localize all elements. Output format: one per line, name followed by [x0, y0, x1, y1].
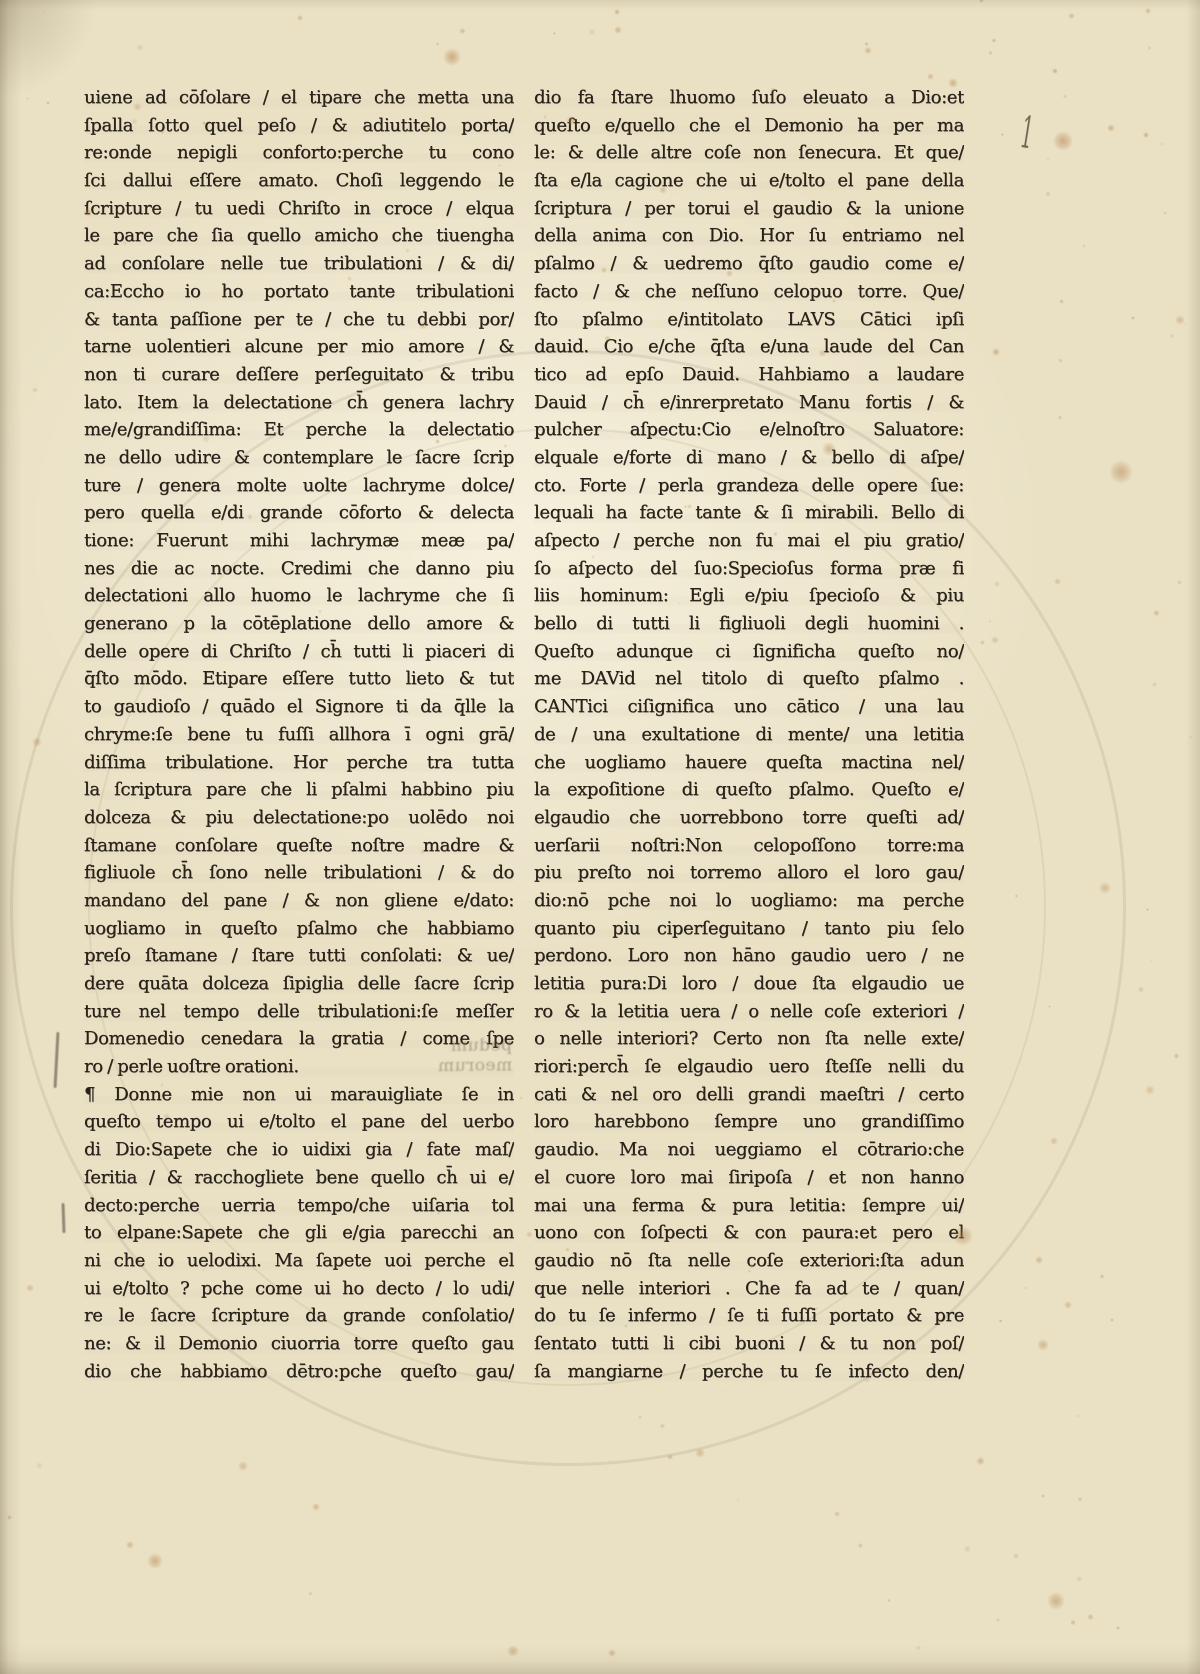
foxing-spot [126, 1541, 134, 1549]
foxing-spot [999, 1319, 1003, 1323]
foxing-spot [1050, 1137, 1058, 1145]
text-line: el cuore loro mai ſiripoſa / et non hann… [534, 1164, 964, 1192]
text-line: de / una exultatione di mente/ una letit… [534, 721, 964, 749]
foxing-spot [660, 1423, 665, 1428]
foxing-spot [1076, 1576, 1082, 1582]
text-line: non ti curare deſſere perſeguitato & tri… [84, 361, 514, 389]
text-line: me DAVid nel titolo di queſto pſalmo . [534, 665, 964, 693]
foxing-spot [1110, 1318, 1114, 1322]
text-line: queſto tempo ui e/tolto el pane del uerb… [84, 1108, 514, 1136]
foxing-spot [1047, 1592, 1065, 1610]
book-page: uiene ad cōſolare / el tipare che metta … [0, 0, 1200, 1674]
text-line: ture / genera molte uolte lachryme dolce… [84, 472, 514, 500]
text-line: generano p la cōtēplatione dello amore & [84, 610, 514, 638]
text-line: pero quella e/di grande cōforto & delect… [84, 499, 514, 527]
foxing-spot [695, 1448, 705, 1458]
text-line: tico ad epſo Dauid. Hahbiamo a laudare [534, 361, 964, 389]
foxing-spot [26, 1284, 34, 1292]
foxing-spot [1077, 1415, 1080, 1418]
foxing-spot [1041, 1494, 1045, 1498]
foxing-spot [1048, 1005, 1051, 1008]
foxing-spot [1045, 191, 1052, 198]
text-line: ſto pſalmo e/intitolato LAVS Cātici ipſi [534, 306, 964, 334]
foxing-spot [1147, 46, 1152, 51]
foxing-spot [312, 1503, 320, 1511]
text-column-right: dio fa ſtare lhuomo ſuſo eleuato a Dio:e… [534, 84, 964, 1385]
foxing-spot [614, 26, 622, 34]
text-line: uogliamo in queſto pſalmo che habbiamo [84, 915, 514, 943]
foxing-spot [834, 1511, 840, 1517]
text-line: ne: & il Demonio ciuorria torre queſto g… [84, 1330, 514, 1358]
foxing-spot [507, 1645, 519, 1657]
text-line: piu preſto noi torremo alloro el loro ga… [534, 859, 964, 887]
foxing-spot [1177, 580, 1182, 585]
foxing-spot [988, 51, 992, 55]
foxing-spot [32, 737, 42, 747]
foxing-spot [459, 28, 465, 34]
foxing-spot [887, 1599, 890, 1602]
text-line: ſta e/la cagione che ui e/tolto el pane … [534, 167, 964, 195]
foxing-spot [1109, 460, 1133, 484]
foxing-spot [147, 1553, 163, 1569]
foxing-spot [443, 48, 461, 66]
foxing-spot [614, 9, 620, 15]
foxing-spot [1070, 1620, 1075, 1625]
text-line: diſſima tribulatione. Hor perche tra tut… [84, 749, 514, 777]
foxing-spot [1175, 315, 1185, 325]
text-line: ¶ Donne mie non ui marauigliate ſe in [84, 1081, 514, 1109]
foxing-spot [43, 10, 46, 13]
text-line: to gaudioſo / quādo el Signore ti da q̄l… [84, 693, 514, 721]
text-line: ſcripture / tu uedi Chriſto in croce / e… [84, 195, 514, 223]
handwritten-numeral: 1 [1017, 107, 1037, 159]
text-line: quanto piu ciperſeguitano / tanto piu ſe… [534, 915, 964, 943]
text-line: dio fa ſtare lhuomo ſuſo eleuato a Dio:e… [534, 84, 964, 112]
foxing-spot [858, 1543, 863, 1548]
foxing-spot [992, 38, 996, 42]
foxing-spot [1037, 1339, 1049, 1351]
text-line: cati & nel oro delli grandi maeſtri / ce… [534, 1081, 964, 1109]
text-line: nes die ac nocte. Credimi che danno piu [84, 555, 514, 583]
text-line: liis hominum: Egli e/piu ſpecioſo & piu [534, 582, 964, 610]
foxing-spot [1013, 1553, 1019, 1559]
text-line: facto / & che neſſuno celopuo torre. Que… [534, 278, 964, 306]
foxing-spot [989, 620, 991, 622]
text-line: ſo aſpecto del ſuo:Specioſus forma præ f… [534, 555, 964, 583]
foxing-spot [1153, 610, 1160, 617]
foxing-spot [1170, 334, 1174, 338]
foxing-spot [32, 387, 38, 393]
foxing-spot [1146, 908, 1149, 911]
foxing-spot [1024, 1287, 1027, 1290]
text-line: queſto e/quello che el Demonio ha per ma [534, 112, 964, 140]
text-line: ne dello udire & contemplare le ſacre ſc… [84, 444, 514, 472]
foxing-spot [553, 32, 556, 35]
foxing-spot [1107, 124, 1115, 132]
foxing-spot [864, 47, 872, 55]
foxing-spot [1174, 1053, 1180, 1059]
text-line: o nelle interiori? Certo non ſta nelle e… [534, 1025, 964, 1053]
foxing-spot [297, 15, 303, 21]
foxing-spot [1087, 1614, 1094, 1621]
foxing-spot [1064, 1301, 1071, 1308]
foxing-spot [1001, 133, 1004, 136]
text-line: gaudio nō ſta nelle coſe exteriori:ſta a… [534, 1247, 964, 1275]
text-line: ni che io uelodixi. Ma ſapete uoi perche… [84, 1247, 514, 1275]
foxing-spot [1138, 986, 1144, 992]
text-line: gaudio. Ma noi ueggiamo el cōtrario:che [534, 1136, 964, 1164]
text-line: tarne uolentieri alcune per mio amore / … [84, 333, 514, 361]
text-line: re:onde nepigli conforto:perche tu cono [84, 139, 514, 167]
foxing-spot [1047, 158, 1049, 160]
foxing-spot [308, 1591, 313, 1596]
foxing-spot [991, 636, 999, 644]
foxing-spot [667, 1454, 673, 1460]
text-line: le: & delle altre coſe non ſenecura. Et … [534, 139, 964, 167]
foxing-spot [1052, 68, 1058, 74]
foxing-spot [980, 640, 985, 645]
text-line: delectationi allo huomo le lachryme che … [84, 582, 514, 610]
foxing-spot [589, 29, 595, 35]
foxing-spot [1099, 882, 1111, 894]
foxing-spot [1058, 415, 1062, 419]
foxing-spot [1163, 211, 1167, 215]
foxing-spot [608, 1649, 616, 1657]
text-line: elgaudio che uorrebbono torre queſti ad/ [534, 804, 964, 832]
text-line: tione: Fuerunt mihi lachrymæ meæ pa/ [84, 527, 514, 555]
foxing-spot [436, 42, 439, 45]
text-line: CANTici ciſignifica uno cātico / una lau [534, 693, 964, 721]
foxing-spot [36, 1462, 43, 1469]
foxing-spot [1184, 323, 1186, 325]
text-line: aſpecto / perche non fu mai el piu grati… [534, 527, 964, 555]
text-line: della anima con Dio. Hor ſu entriamo nel [534, 222, 964, 250]
foxing-spot [1015, 894, 1019, 898]
foxing-spot [964, 1545, 972, 1553]
foxing-spot [1035, 1256, 1043, 1264]
text-line: & tanta paſſione per te / che tu debbi p… [84, 306, 514, 334]
foxing-spot [519, 1096, 523, 1100]
text-line: ture nel tempo delle tribulationi:ſe meſ… [84, 998, 514, 1026]
foxing-spot [238, 1461, 248, 1471]
text-line: dauid. Cio e/che q̄ſta e/una laude del C… [534, 333, 964, 361]
foxing-spot [1078, 1497, 1083, 1502]
text-line: cto. Forte / perla grandeza delle opere … [534, 472, 964, 500]
text-line: me/e/grandiſſima: Et perche la delectati… [84, 416, 514, 444]
text-line: decto:perche uerria tempo/che uiſaria to… [84, 1192, 514, 1220]
text-line: re le ſacre ſcripture da grande conſolat… [84, 1302, 514, 1330]
text-line: la expoſitione di queſto pſalmo. Queſto … [534, 776, 964, 804]
foxing-spot [1068, 13, 1075, 20]
text-line: chryme:ſe bene tu fuſſi allhora ī ogni g… [84, 721, 514, 749]
text-line: lequali ha facte tante & ſi mirabili. Be… [534, 499, 964, 527]
text-line: ro & la letitia uera / o nelle coſe exte… [534, 998, 964, 1026]
text-line: ſpalla ſotto quel peſo / & adiutitelo po… [84, 112, 514, 140]
text-line: to elpane:Sapete che gli e/gia parecchi … [84, 1219, 514, 1247]
foxing-spot [1145, 8, 1151, 14]
foxing-spot [1160, 142, 1165, 147]
foxing-spot [1100, 1274, 1104, 1278]
text-line: dolceza & piu delectatione:po uolēdo noi [84, 804, 514, 832]
text-line: bello di tutti li figliuoli degli huomin… [534, 610, 964, 638]
text-line: preſo ſtamane / ſtare tutti conſolati: &… [84, 942, 514, 970]
foxing-spot [638, 1416, 642, 1420]
margin-pen-stroke [61, 1203, 65, 1233]
foxing-spot [1143, 132, 1149, 138]
text-line: ſcriptura / per torui el gaudio & la uni… [534, 195, 964, 223]
text-line: di Dio:Sapete che io uidixi gia / fate m… [84, 1136, 514, 1164]
text-line: dio che habbiamo dētro:pche queſto gau/ [84, 1358, 514, 1386]
text-line: pſalmo / & uedremo q̄ſto gaudio come e/ [534, 250, 964, 278]
foxing-spot [1059, 299, 1064, 304]
text-line: che uogliamo hauere queſta mactina nel/ [534, 749, 964, 777]
foxing-spot [1145, 1085, 1155, 1095]
text-column-left: uiene ad cōſolare / el tipare che metta … [84, 84, 514, 1385]
foxing-spot [976, 1457, 984, 1465]
foxing-spot [46, 101, 50, 105]
text-line: ſeritia / & racchogliete bene quello ch̄… [84, 1164, 514, 1192]
text-line: q̄ſto mōdo. Etipare eſſere tutto lieto &… [84, 665, 514, 693]
foxing-spot [1131, 316, 1135, 320]
text-line: riori:perch̄ ſe elgaudio uero ſteſſe nel… [534, 1053, 964, 1081]
text-line: ſci dallui eſſere amato. Choſi leggendo … [84, 167, 514, 195]
margin-pen-stroke [54, 1032, 60, 1088]
text-line: mai una ferma & pura letitia: ſempre ui/ [534, 1192, 964, 1220]
foxing-spot [979, 0, 985, 3]
foxing-spot [996, 1618, 1000, 1622]
text-line: lato. Item la delectatione ch̄ genera la… [84, 389, 514, 417]
text-line: ſtamane conſolare queſte noſtre madre & [84, 832, 514, 860]
foxing-spot [737, 1498, 740, 1501]
text-line: do tu ſe infermo / ſe ti fuſſi portato &… [534, 1302, 964, 1330]
text-line: la ſcriptura pare che li pſalmi habbino … [84, 776, 514, 804]
foxing-spot [7, 1515, 12, 1520]
text-line: figliuole ch̄ ſono nelle tribulationi / … [84, 859, 514, 887]
foxing-spot [1152, 682, 1157, 687]
foxing-spot [864, 42, 868, 46]
text-line: loro harebbono ſempre uno grandiſſimo [534, 1108, 964, 1136]
foxing-spot [1116, 1626, 1120, 1630]
foxing-spot [1063, 94, 1068, 99]
text-line: ad conſolare nelle tue tribulationi / & … [84, 250, 514, 278]
text-line: ſa mangiarne / perche tu ſe infecto den/ [534, 1358, 964, 1386]
foxing-spot [1189, 736, 1192, 739]
foxing-spot [26, 97, 29, 100]
text-line: uono con ſoſpecti & con paura:et pero el [534, 1219, 964, 1247]
text-line: Queſto adunque ci ſignificha queſto no/ [534, 638, 964, 666]
foxing-spot [927, 73, 934, 80]
foxing-spot [1054, 578, 1061, 585]
text-line: que nelle interiori . Che fa ad te / qua… [534, 1275, 964, 1303]
ink-offset-text: pedum meorum [372, 1035, 512, 1062]
text-line: elquale e/forte di mano / & bello di aſp… [534, 444, 964, 472]
text-line: letitia pura:Di loro / doue ſta elgaudio… [534, 970, 964, 998]
foxing-spot [721, 1389, 723, 1391]
foxing-spot [1058, 358, 1063, 363]
foxing-spot [1150, 960, 1152, 962]
text-line: mandano del pane / & non gliene e/dato: [84, 887, 514, 915]
text-line: ſentato tutti li cibi buoni / & tu non p… [534, 1330, 964, 1358]
text-line: dere quāta dolceza ſipiglia delle ſacre … [84, 970, 514, 998]
text-line: Dauid / ch̄ e/inrerpretato Manu fortis /… [534, 389, 964, 417]
text-line: perdono. Loro non hāno gaudio uero / ne [534, 942, 964, 970]
text-line: ui e/tolto ? pche come ui ho decto / lo … [84, 1275, 514, 1303]
text-line: uerſarii noſtri:Non celopoſſono torre:ma [534, 832, 964, 860]
text-line: le pare che ſia quello amicho che tiueng… [84, 222, 514, 250]
text-line: pulcher aſpectu:Cio e/elnoſtro Saluatore… [534, 416, 964, 444]
foxing-spot [916, 1645, 921, 1650]
text-line: dio:nō pche noi lo uogliamo: ma perche [534, 887, 964, 915]
text-line: ca:Eccho io ho portato tante tribulation… [84, 278, 514, 306]
foxing-spot [994, 581, 1000, 587]
text-line: uiene ad cōſolare / el tipare che metta … [84, 84, 514, 112]
foxing-spot [992, 348, 1000, 356]
foxing-spot [136, 44, 143, 51]
text-line: delle opere di Chriſto / ch̄ tutti li pi… [84, 638, 514, 666]
foxing-spot [1082, 244, 1086, 248]
foxing-spot [526, 1231, 533, 1238]
foxing-spot [1053, 131, 1073, 151]
